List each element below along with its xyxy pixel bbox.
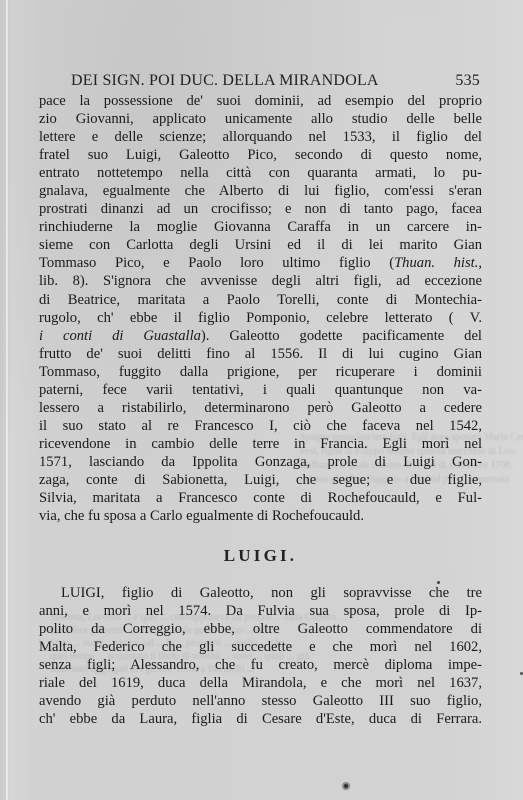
text-line: fratel suo Luigi, Galeotto Pico, secondo… (39, 146, 482, 164)
citation-guastalla: i conti di Guastalla (39, 328, 201, 344)
text-line: lessero a ristabilirlo, determinarono pe… (39, 399, 482, 417)
text-line: rinchiuderne la moglie Giovanna Caraffa … (39, 218, 482, 236)
text-block: DEI SIGN. POI DUC. DELLA MIRANDOLA 535 p… (39, 70, 482, 729)
text-line: sieme con Carlotta degli Ursini ed il di… (39, 236, 482, 254)
text-line: ricevendone in cambio delle terre in Fra… (39, 435, 482, 453)
text-line: Tommaso Pico, e Paolo loro ultimo figlio… (39, 254, 482, 272)
text-line: i conti di Guastalla). Galeotto godette … (39, 327, 482, 345)
running-head: DEI SIGN. POI DUC. DELLA MIRANDOLA 535 (39, 70, 482, 92)
text-line: di Beatrice, maritata a Paolo Torelli, c… (39, 291, 482, 309)
text-line: gnalava, egualmente che Alberto di lui f… (39, 182, 482, 200)
text-line: avendo già perduto nell'anno stesso Gale… (39, 692, 482, 710)
text-line: senza figli; Alessandro, che fu creato, … (39, 656, 482, 674)
text-line: lib. 8). S'ignora che avvenisse degli al… (39, 272, 482, 290)
text-line: lettere e delle scienze; allorquando nel… (39, 128, 482, 146)
text-fragment: Tommaso Pico, e Paolo loro ultimo figlio… (39, 255, 394, 271)
paragraph-luigi: LUIGI, figlio di Galeotto, non gli sopra… (39, 584, 482, 728)
text-line: entrato nottetempo nella città con quara… (39, 164, 482, 182)
text-line: polito da Correggio, ebbe, oltre Galeott… (39, 620, 482, 638)
text-line: Tommaso, fuggito dalla prigione, per ric… (39, 363, 482, 381)
text-line: Silvia, maritata a Francesco conte di Ro… (39, 489, 482, 507)
text-line: via, che fu sposa a Carlo egualmente di … (39, 507, 482, 525)
text-line: riale del 1619, duca della Mirandola, e … (39, 674, 482, 692)
text-line: 1571, lasciando da Ippolita Gonzaga, pro… (39, 453, 482, 471)
text-fragment: ). Galeotto godette pacificamente del (201, 328, 482, 344)
page-edge (6, 0, 8, 800)
text-line: frutto de' suoi delitti fino al 1556. Il… (39, 345, 482, 363)
text-line: rugolo, ch' ebbe il figlio Pomponio, cel… (39, 309, 482, 327)
text-line: prostrati dinanzi ad un crocifisso; e no… (39, 200, 482, 218)
citation-thuanus: Thuan. hist., (394, 255, 482, 271)
text-line: Malta, Federico che gli succedette e che… (39, 638, 482, 656)
page-number: 535 (455, 70, 480, 92)
text-line: ch' ebbe da Laura, figlia di Cesare d'Es… (39, 710, 482, 728)
text-line: pace la possessione de' suoi dominii, ad… (39, 92, 482, 110)
text-line: LUIGI, figlio di Galeotto, non gli sopra… (39, 584, 482, 602)
text-line: paterni, fece varii tentativi, i quali q… (39, 381, 482, 399)
text-line: il suo stato al re Francesco I, ciò che … (39, 417, 482, 435)
running-title: DEI SIGN. POI DUC. DELLA MIRANDOLA (71, 70, 379, 92)
paragraph-galeotto: pace la possessione de' suoi dominii, ad… (39, 92, 482, 525)
ink-speck (344, 784, 348, 788)
scanned-page: Spagna senza lasciare figli. Egli avea s… (0, 0, 523, 800)
section-heading-luigi: LUIGI. (39, 544, 482, 568)
text-line: zaga, conte di Sabionetta, Luigi, che se… (39, 471, 482, 489)
text-line: zio Giovanni, applicato unicamente allo … (39, 110, 482, 128)
text-line: anni, e morì nel 1574. Da Fulvia sua spo… (39, 602, 482, 620)
